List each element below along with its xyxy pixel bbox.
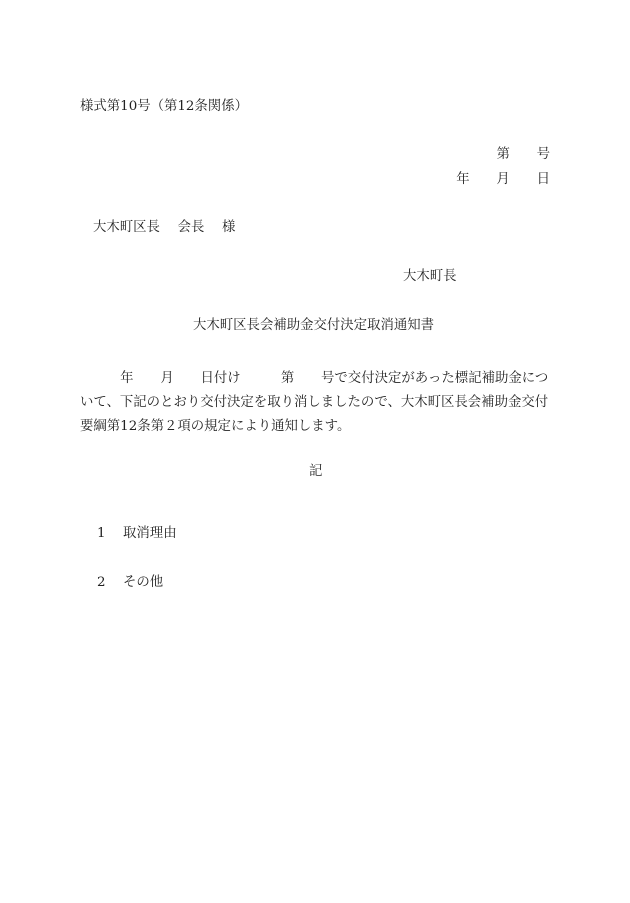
item-label: 取消理由 (123, 526, 177, 541)
item-number: 2 (97, 576, 123, 589)
body-line: いて、下記のとおり交付決定を取り消しましたので、大木町区長会補助金交付 (80, 391, 552, 415)
date-field: 年 月 日 (456, 173, 550, 186)
body-line: 要綱第12条第２項の規定により通知します。 (80, 415, 552, 439)
body-line: 年 月 日付け 第 号で交付決定があった標記補助金につ (80, 367, 552, 391)
document-title: 大木町区長会補助金交付決定取消通知書 (193, 319, 434, 332)
list-item-cancellation-reason: 1取消理由 (80, 514, 177, 554)
sender: 大木町長 (403, 270, 457, 283)
body-paragraph: 年 月 日付け 第 号で交付決定があった標記補助金につ いて、下記のとおり交付決… (80, 367, 552, 439)
document-number-field: 第 号 (496, 148, 550, 161)
document-page: 様式第10号（第12条関係） 第 号 年 月 日 大木町区長 会長 様 大木町長… (0, 0, 630, 903)
ki-heading: 記 (309, 465, 322, 478)
item-number: 1 (97, 527, 123, 540)
item-label: その他 (123, 575, 163, 590)
form-number: 様式第10号（第12条関係） (80, 100, 248, 113)
list-item-other: 2その他 (80, 563, 163, 603)
addressee: 大木町区長 会長 様 (93, 221, 235, 234)
